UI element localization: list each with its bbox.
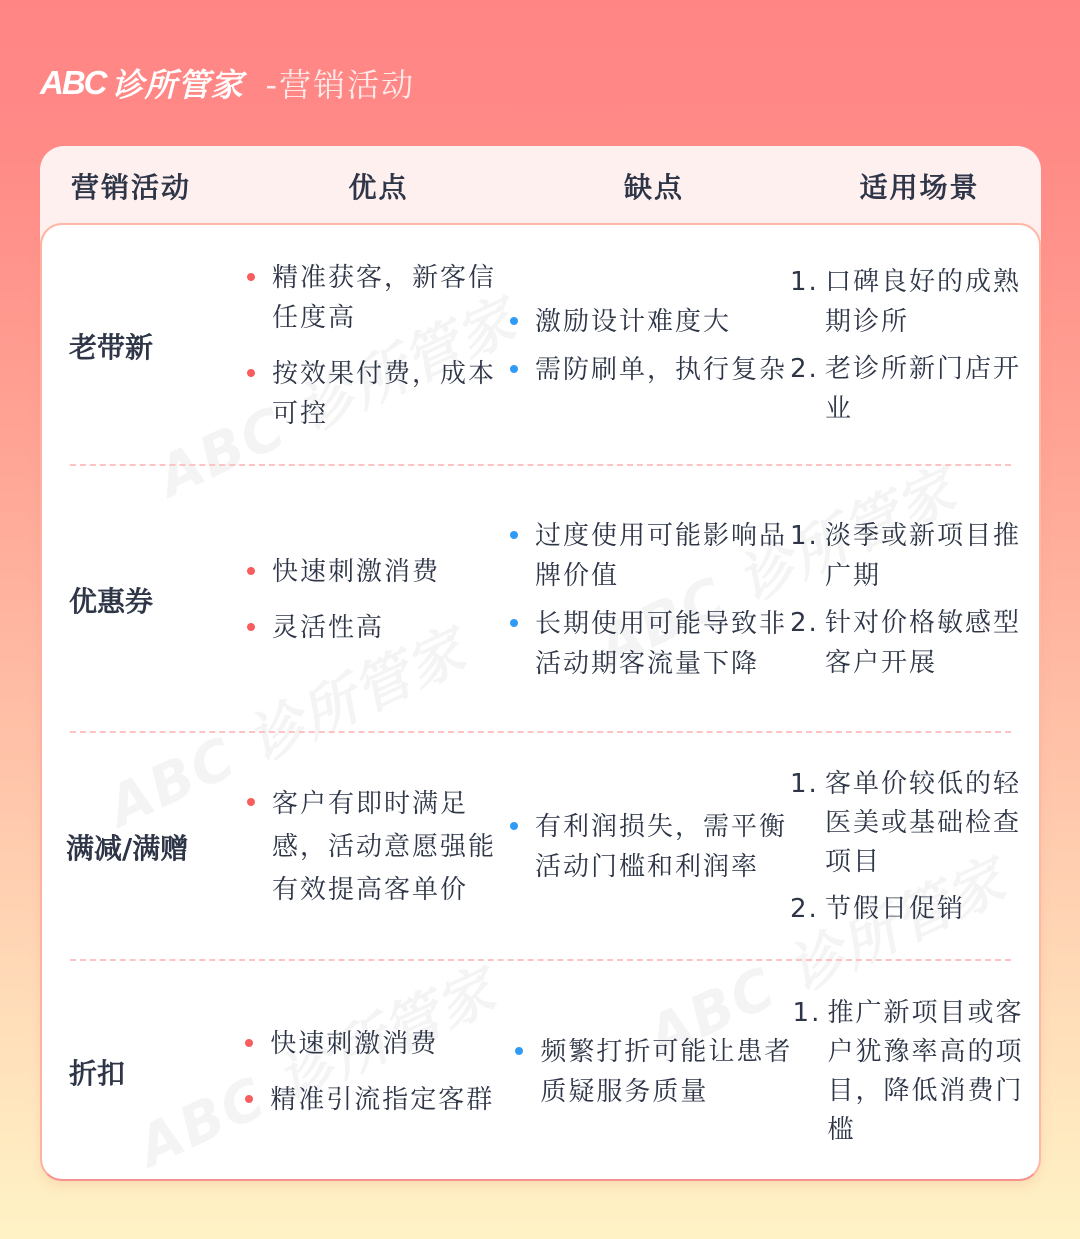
scenes-cell: 1.淡季或新项目推广期 2.针对价格敏感型客户开展 xyxy=(790,509,1039,690)
bullet-dot-icon xyxy=(510,317,518,325)
bullet-dot-icon xyxy=(515,1047,523,1055)
pros-cell: 精准获客，新客信任度高 按效果付费，成本可控 xyxy=(247,250,510,442)
brand-name: 诊所管家 xyxy=(112,60,244,106)
pros-item: 精准获客，新客信任度高 xyxy=(247,258,510,338)
bullet-dot-icon xyxy=(247,798,255,806)
activity-name: 满减/满赠 xyxy=(42,827,247,867)
column-header-pros: 优点 xyxy=(247,146,510,226)
scene-item: 1.口碑良好的成熟期诊所 xyxy=(790,262,1039,342)
brand-logo: ABC xyxy=(40,64,106,102)
table-row: 老带新 精准获客，新客信任度高 按效果付费，成本可控 激励设计难度大 需防刷单，… xyxy=(42,225,1039,466)
column-header-activity: 营销活动 xyxy=(40,146,247,226)
pros-cell: 快速刺激消费 灵活性高 xyxy=(247,544,510,656)
cons-cell: 频繁打折可能让患者质疑服务质量 xyxy=(515,1024,792,1120)
scene-item: 2.节假日促销 xyxy=(790,889,1039,929)
bullet-dot-icon xyxy=(510,822,518,830)
bullet-dot-icon xyxy=(510,365,518,373)
column-header-scenes: 适用场景 xyxy=(798,146,1041,226)
pros-item: 客户有即时满足感，活动意愿强能有效提高客单价 xyxy=(247,783,510,912)
activity-name: 优惠券 xyxy=(42,580,247,620)
page-title: ABC 诊所管家 -营销活动 xyxy=(40,58,415,108)
activity-name: 老带新 xyxy=(42,326,247,366)
pros-item: 按效果付费，成本可控 xyxy=(247,354,510,434)
cons-item: 激励设计难度大 xyxy=(510,302,790,342)
bullet-dot-icon xyxy=(245,1095,253,1103)
bullet-dot-icon xyxy=(247,369,255,377)
cons-item: 频繁打折可能让患者质疑服务质量 xyxy=(515,1032,792,1112)
activity-name: 折扣 xyxy=(42,1052,245,1092)
table-row: 满减/满赠 客户有即时满足感，活动意愿强能有效提高客单价 有利润损失，需平衡活动… xyxy=(42,733,1039,961)
table-row: 折扣 快速刺激消费 精准引流指定客群 频繁打折可能让患者质疑服务质量 1. 推广… xyxy=(42,961,1039,1181)
pros-item: 灵活性高 xyxy=(247,608,510,648)
table-body: ABC 诊所管家 ABC 诊所管家 ABC 诊所管家 ABC 诊所管家 ABC … xyxy=(40,223,1041,1181)
cons-cell: 过度使用可能影响品牌价值 长期使用可能导致非活动期客流量下降 xyxy=(510,508,790,692)
pros-item: 快速刺激消费 xyxy=(247,552,510,592)
scenes-cell: 1.客单价较低的轻医美或基础检查项目 2.节假日促销 xyxy=(790,758,1039,936)
column-header-cons: 缺点 xyxy=(510,146,798,226)
scenes-cell: 1.口碑良好的成熟期诊所 2.老诊所新门店开业 xyxy=(790,255,1039,436)
pros-cell: 客户有即时满足感，活动意愿强能有效提高客单价 xyxy=(247,775,510,920)
scene-item: 1.客单价较低的轻医美或基础检查项目 xyxy=(790,765,1039,882)
scene-item: 1. 推广新项目或客户犹豫率高的项目，降低消费门槛 xyxy=(793,994,1039,1150)
cons-item: 过度使用可能影响品牌价值 xyxy=(510,516,790,596)
scene-item: 1.淡季或新项目推广期 xyxy=(790,516,1039,596)
pros-cell: 快速刺激消费 精准引流指定客群 xyxy=(245,1016,515,1128)
pros-item: 精准引流指定客群 xyxy=(245,1080,515,1120)
scene-item: 2.针对价格敏感型客户开展 xyxy=(790,603,1039,683)
cons-item: 长期使用可能导致非活动期客流量下降 xyxy=(510,604,790,684)
cons-cell: 激励设计难度大 需防刷单，执行复杂 xyxy=(510,294,790,398)
scenes-cell: 1. 推广新项目或客户犹豫率高的项目，降低消费门槛 xyxy=(793,987,1039,1157)
marketing-comparison-table: 营销活动 优点 缺点 适用场景 ABC 诊所管家 ABC 诊所管家 ABC 诊所… xyxy=(40,146,1041,1181)
pros-item: 快速刺激消费 xyxy=(245,1024,515,1064)
bullet-dot-icon xyxy=(510,531,518,539)
scene-item: 2.老诊所新门店开业 xyxy=(790,349,1039,429)
bullet-dot-icon xyxy=(247,567,255,575)
table-row: 优惠券 快速刺激消费 灵活性高 过度使用可能影响品牌价值 长期使用可能导致非活动… xyxy=(42,466,1039,733)
title-suffix: -营销活动 xyxy=(266,60,416,106)
cons-item: 有利润损失，需平衡活动门槛和利润率 xyxy=(510,807,790,887)
cons-cell: 有利润损失，需平衡活动门槛和利润率 xyxy=(510,799,790,895)
bullet-dot-icon xyxy=(245,1039,253,1047)
bullet-dot-icon xyxy=(247,273,255,281)
bullet-dot-icon xyxy=(510,619,518,627)
cons-item: 需防刷单，执行复杂 xyxy=(510,350,790,390)
bullet-dot-icon xyxy=(247,623,255,631)
